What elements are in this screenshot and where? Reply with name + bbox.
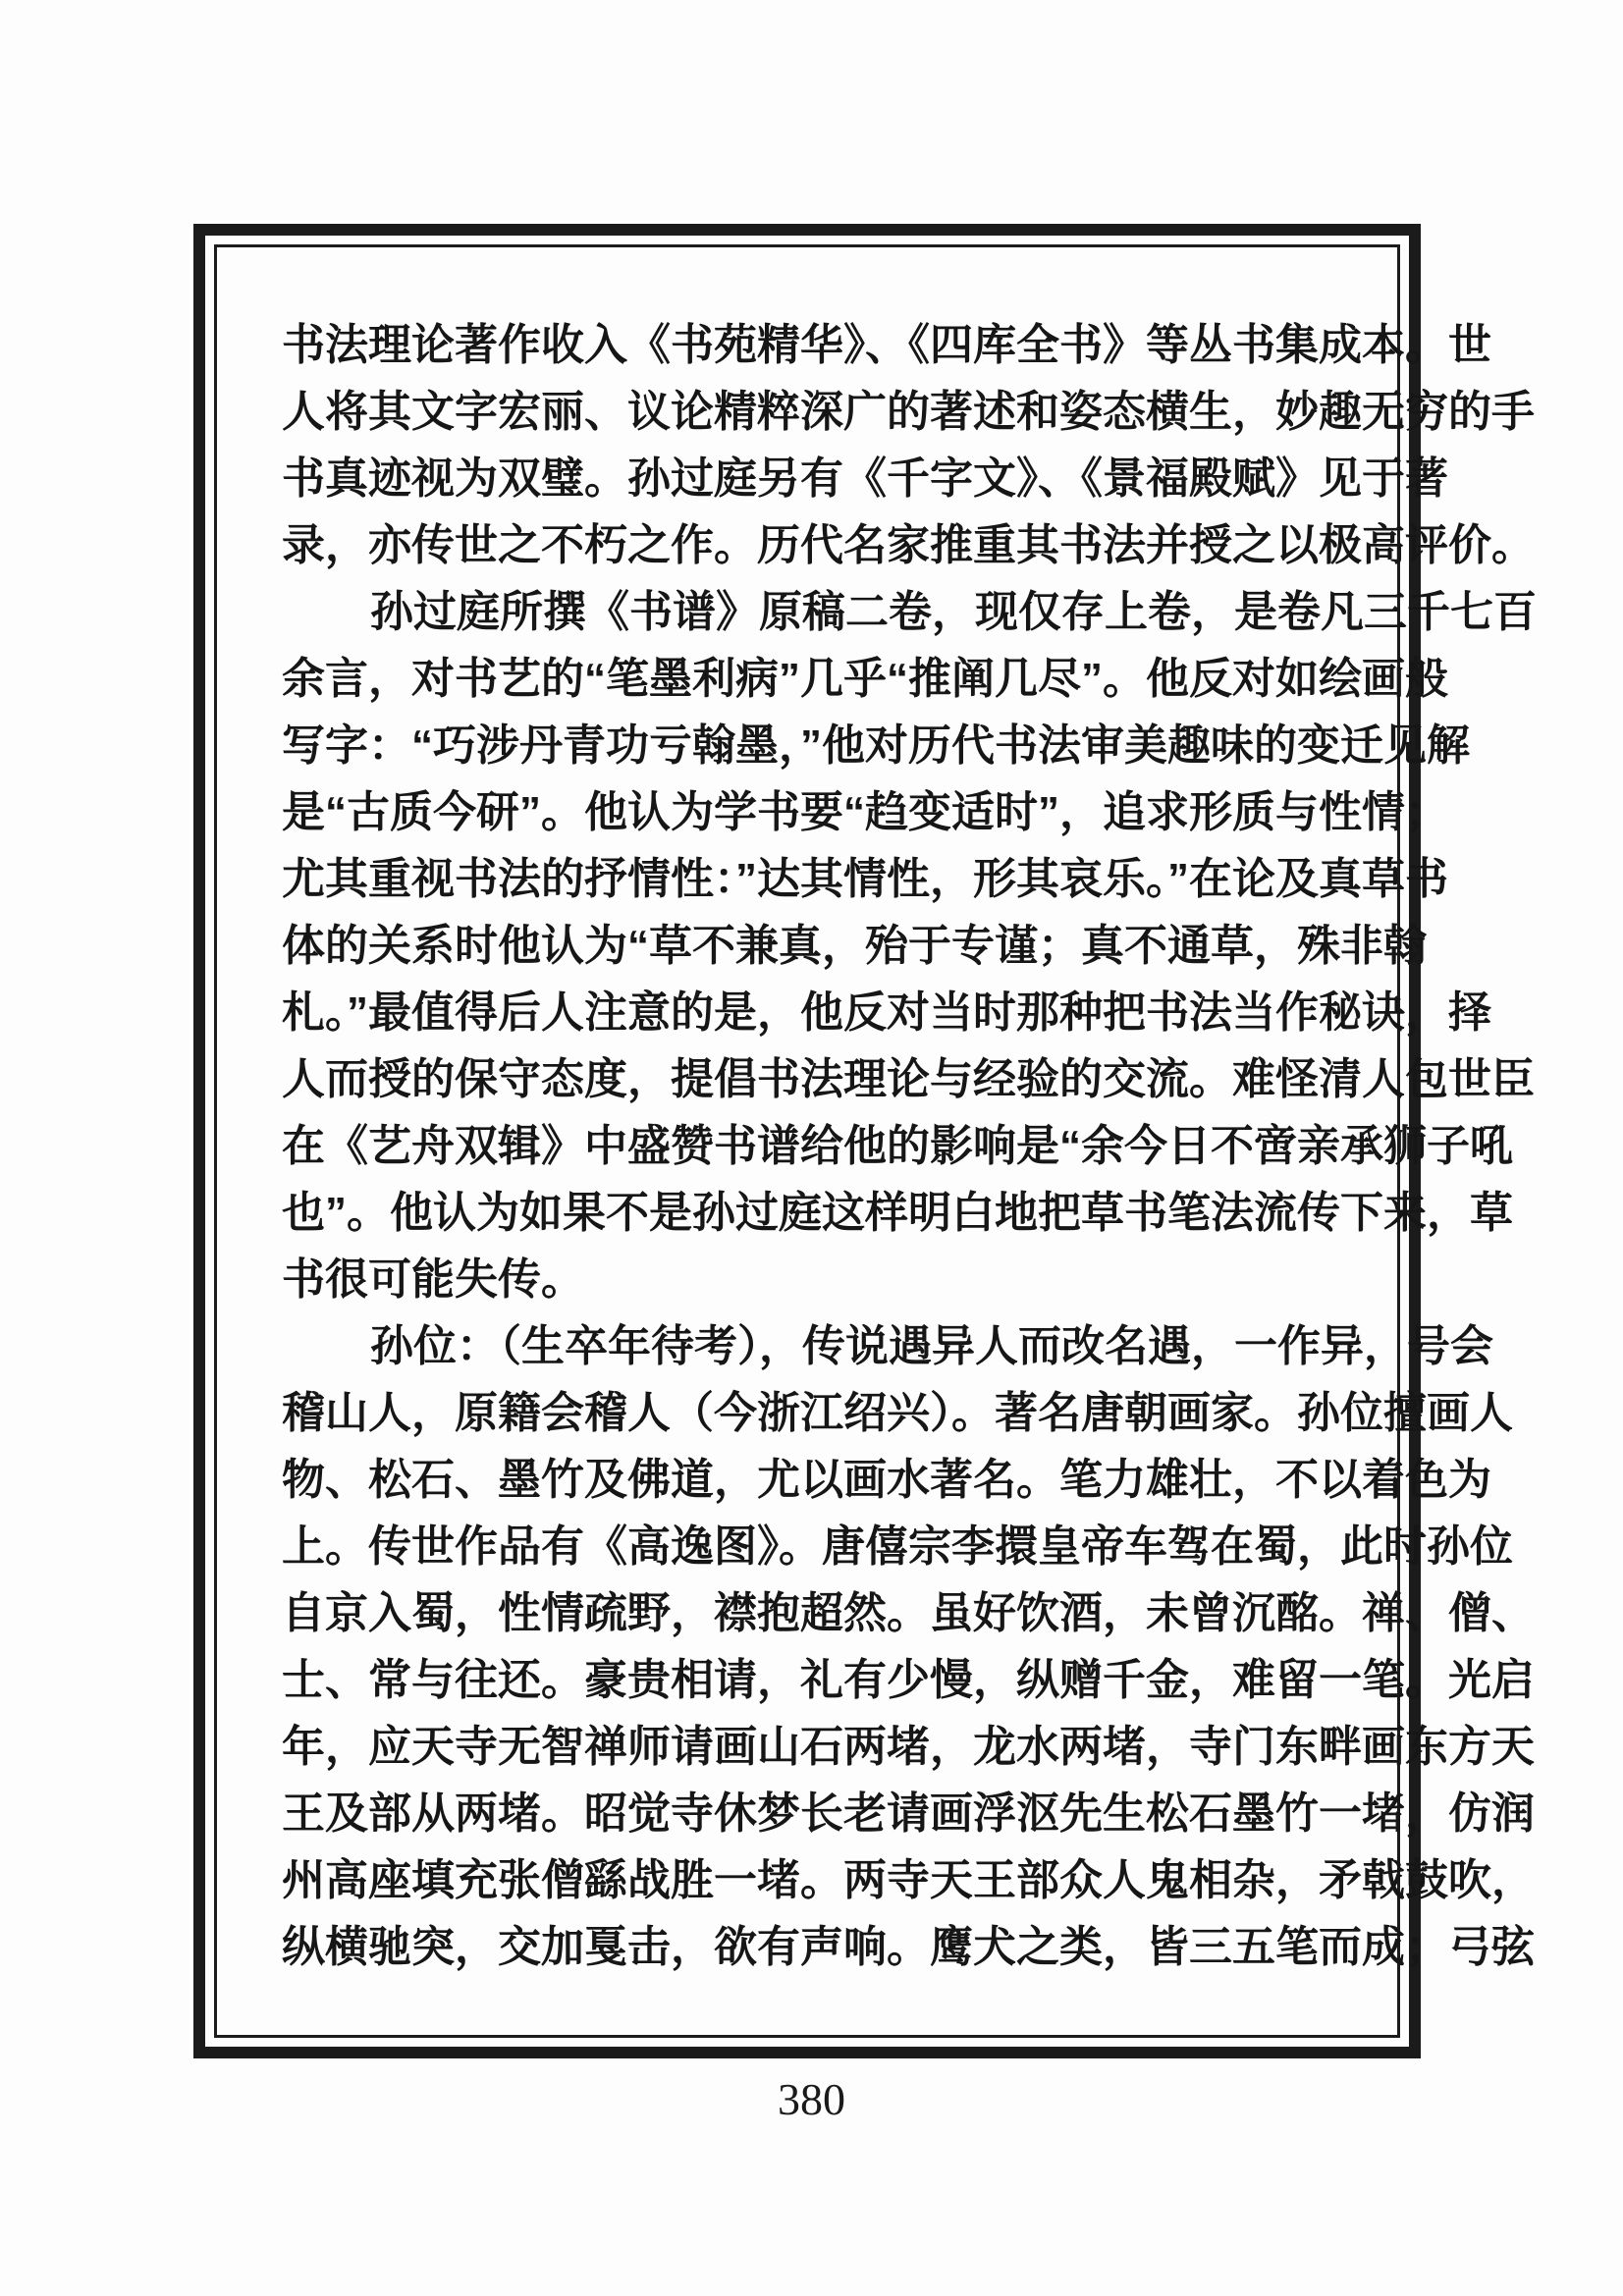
book-page: 书法理论著作收入《书苑精华》、《四库全书》等丛书集成本。世 人将其文字宏丽、议论… <box>0 0 1623 2296</box>
text-line: 在《艺舟双辑》中盛赞书谱给他的影响是“余今日不啻亲承狮子吼 <box>282 1113 1385 1180</box>
text-line: 写字：“巧涉丹青功亏翰墨，”他对历代书法审美趣味的变迁见解 <box>282 713 1385 779</box>
text-line: 自京入蜀，性情疏野，襟抱超然。虽好饮酒，未曾沉酩。禅、僧、 <box>282 1580 1385 1647</box>
page-text-block: 书法理论著作收入《书苑精华》、《四库全书》等丛书集成本。世 人将其文字宏丽、议论… <box>217 247 1397 1981</box>
page-border-inner: 书法理论著作收入《书苑精华》、《四库全书》等丛书集成本。世 人将其文字宏丽、议论… <box>214 244 1400 2038</box>
text-line: 是“古质今研”。他认为学书要“趋变适时”，追求形质与性情； <box>282 779 1385 846</box>
text-line: 尤其重视书法的抒情性：”达其情性，形其哀乐。”在论及真草书 <box>282 846 1385 913</box>
text-line: 体的关系时他认为“草不兼真，殆于专谨；真不通草，殊非翰 <box>282 913 1385 980</box>
page-border-outer: 书法理论著作收入《书苑精华》、《四库全书》等丛书集成本。世 人将其文字宏丽、议论… <box>193 224 1421 2058</box>
text-line: 稽山人，原籍会稽人（今浙江绍兴）。著名唐朝画家。孙位擅画人 <box>282 1380 1385 1447</box>
text-line: 孙位：（生卒年待考），传说遇异人而改名遇，一作异，号会 <box>282 1313 1385 1380</box>
text-line: 物、松石、墨竹及佛道，尤以画水著名。笔力雄壮，不以着色为 <box>282 1447 1385 1514</box>
text-line: 州高座填充张僧繇战胜一堵。两寺天王部众人鬼相杂，矛戟鼓吹， <box>282 1847 1385 1914</box>
text-line: 王及部从两堵。昭觉寺休梦长老请画浮沤先生松石墨竹一堵，仿润 <box>282 1781 1385 1847</box>
text-line: 人将其文字宏丽、议论精粹深广的著述和姿态横生，妙趣无穷的手 <box>282 379 1385 446</box>
text-line: 年，应天寺无智禅师请画山石两堵，龙水两堵，寺门东畔画东方天 <box>282 1714 1385 1781</box>
text-line: 书真迹视为双璧。孙过庭另有《千字文》、《景福殿赋》见于著 <box>282 446 1385 512</box>
text-line: 书法理论著作收入《书苑精华》、《四库全书》等丛书集成本。世 <box>282 312 1385 379</box>
text-line: 也”。他认为如果不是孙过庭这样明白地把草书笔法流传下来，草 <box>282 1180 1385 1247</box>
text-line: 札。”最值得后人注意的是，他反对当时那种把书法当作秘诀，择 <box>282 980 1385 1046</box>
text-line: 纵横驰突，交加戛击，欲有声响。鹰犬之类，皆三五笔而成；弓弦 <box>282 1914 1385 1981</box>
text-line: 余言，对书艺的“笔墨利病”几乎“推阐几尽”。他反对如绘画般 <box>282 646 1385 713</box>
page-number: 380 <box>0 2073 1623 2125</box>
text-line: 士、常与往还。豪贵相请，礼有少慢，纵赠千金，难留一笔。光启 <box>282 1647 1385 1714</box>
text-line: 孙过庭所撰《书谱》原稿二卷，现仅存上卷，是卷凡三千七百 <box>282 579 1385 646</box>
text-line: 上。传世作品有《高逸图》。唐僖宗李擐皇帝车驾在蜀，此时孙位 <box>282 1514 1385 1580</box>
text-line: 人而授的保守态度，提倡书法理论与经验的交流。难怪清人包世臣 <box>282 1046 1385 1113</box>
text-line: 书很可能失传。 <box>282 1247 1385 1313</box>
text-line: 录，亦传世之不朽之作。历代名家推重其书法并授之以极高评价。 <box>282 512 1385 579</box>
